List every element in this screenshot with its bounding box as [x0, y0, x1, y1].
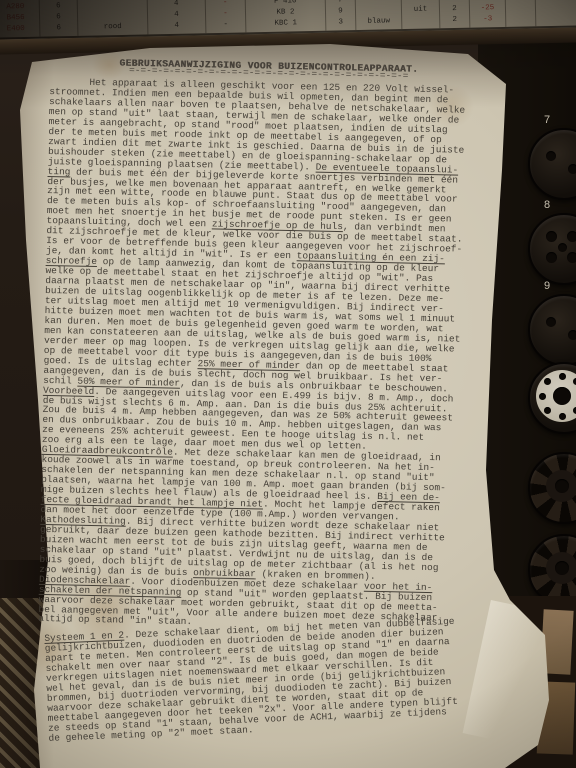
- table-cell: 6: [40, 1, 77, 13]
- socket-center-hole: [558, 243, 567, 252]
- tube-socket: 7: [516, 118, 576, 202]
- table-cell: KBC 1: [246, 18, 325, 31]
- table-cell: -: [206, 8, 245, 20]
- table-column: 666: [40, 0, 79, 37]
- table-column: F 410KB 2KBC 1: [246, 0, 327, 32]
- table-cell: 6: [40, 12, 77, 24]
- table-cell: rood: [78, 21, 147, 33]
- socket-number-label: 8: [544, 199, 550, 211]
- socket-pin-hole: [568, 330, 576, 340]
- table-cell: -3: [470, 14, 505, 26]
- tube-socket: [516, 352, 576, 436]
- table-column: [536, 0, 576, 26]
- table-column: 793: [326, 0, 357, 31]
- table-cell: 6: [40, 23, 77, 35]
- table-column: -25-25-3: [470, 0, 507, 28]
- table-column: uit: [402, 0, 441, 29]
- document-text-upper: GEBRUIKSAANWIJZIGING VOOR BUIZENCONTROLE…: [38, 57, 488, 633]
- socket-center-hole: [553, 387, 571, 405]
- socket-pin-hole: [546, 151, 556, 161]
- table-column: [506, 0, 537, 27]
- table-column: blauw: [356, 0, 403, 30]
- socket-center-hole: [555, 561, 569, 575]
- table-cell: 2: [440, 15, 469, 27]
- table-cell: [506, 2, 535, 14]
- table-column: 444: [148, 0, 207, 34]
- socket-ring: [528, 213, 576, 285]
- socket-pin-hole: [544, 407, 551, 414]
- socket-number-label: 7: [544, 114, 550, 126]
- table-cell: [506, 13, 535, 25]
- table-cell: [536, 12, 576, 24]
- table-column: ---: [206, 0, 247, 33]
- document-lines-lower: Systeem 1 en 2. Deze schakelaar dient, o…: [44, 615, 500, 743]
- socket-pin-hole: [568, 164, 576, 174]
- table-cell: E400: [0, 24, 39, 36]
- table-cell: 2: [440, 4, 469, 16]
- table-cell: 4: [148, 20, 205, 32]
- tube-socket: [516, 442, 576, 526]
- socket-pin-hole: [546, 317, 556, 327]
- table-cell: [402, 15, 439, 27]
- table-cell: 3: [326, 17, 355, 29]
- socket-pin-hole: [559, 373, 566, 380]
- table-cell: -25: [470, 3, 505, 15]
- photo-scene: 789 A280B456E400666rood444---F 410KB 2KB…: [0, 0, 576, 768]
- table-column: A280B456E400: [0, 0, 40, 38]
- table-column: 422: [440, 0, 471, 28]
- document-text-lower: Systeem 1 en 2. Deze schakelaar dient, o…: [44, 611, 500, 743]
- table-cell: uit: [402, 4, 439, 16]
- table-cell: 9: [326, 6, 355, 18]
- document-lines-upper: Het apparaat is alleen geschikt voor een…: [38, 77, 487, 633]
- socket-ring: [528, 128, 576, 200]
- socket-pin-hole: [539, 393, 546, 400]
- socket-pin-hole: [567, 231, 576, 242]
- socket-pin-hole: [546, 252, 557, 263]
- table-cell: -: [206, 19, 245, 31]
- tube-socket: 8: [516, 203, 576, 287]
- socket-pin-hole: [567, 252, 576, 263]
- socket-center-hole: [555, 479, 569, 493]
- table-cell: [536, 1, 576, 13]
- socket-pin-hole: [573, 407, 576, 414]
- table-cell: blauw: [356, 16, 401, 28]
- socket-pin-hole: [546, 231, 557, 242]
- table-column: rood: [78, 0, 149, 36]
- socket-pin-hole: [559, 413, 566, 420]
- socket-number-label: 9: [544, 280, 550, 292]
